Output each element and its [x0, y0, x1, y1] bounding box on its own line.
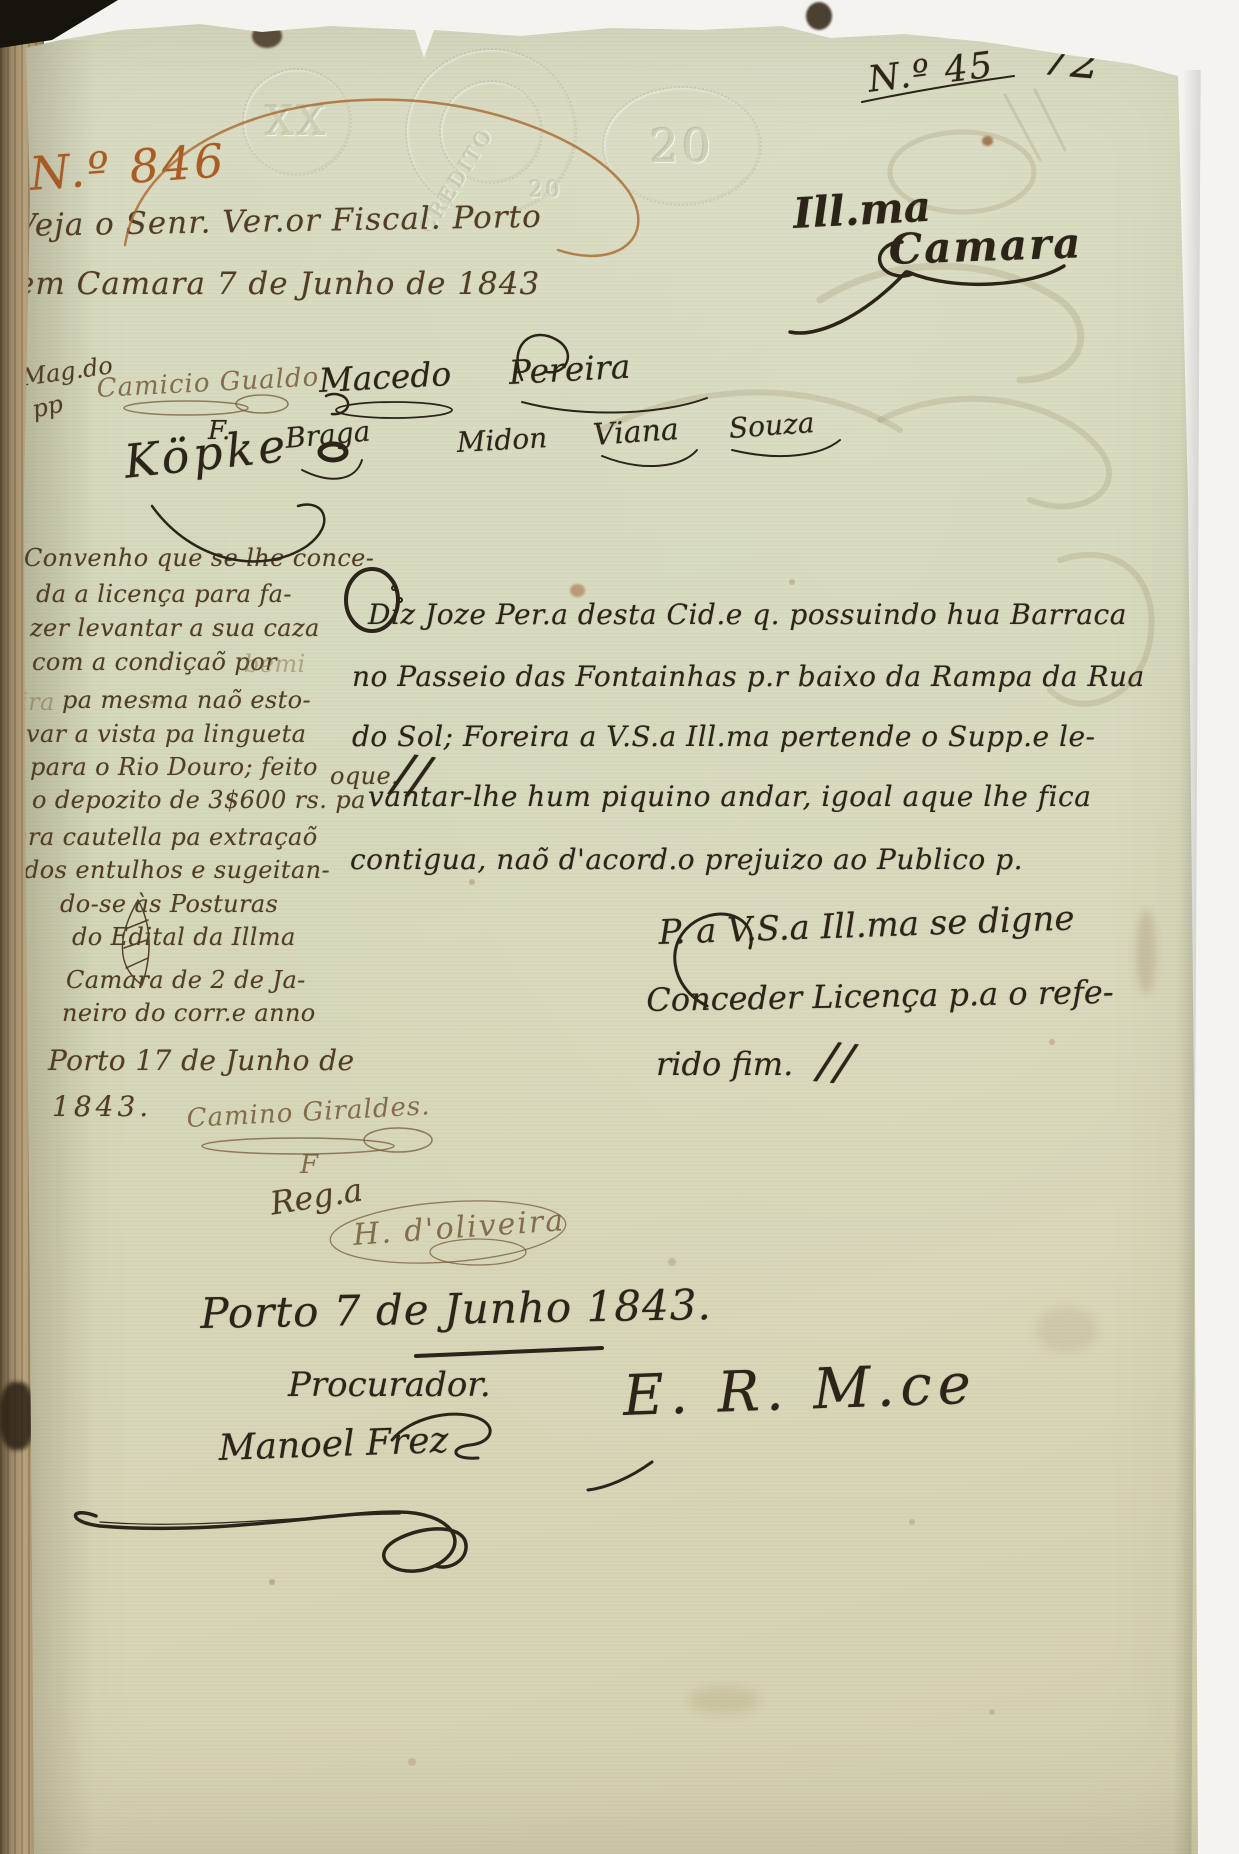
ink-smear: [0, 1382, 34, 1450]
manuscript-page: XX CREDITO 20 20 72 N.º 45 N.º 846 Ill.m…: [0, 0, 1239, 1854]
page-vignette: [0, 0, 1239, 1854]
ink-blot: [806, 2, 832, 30]
document-scan: XX CREDITO 20 20 72 N.º 45 N.º 846 Ill.m…: [0, 0, 1239, 1854]
